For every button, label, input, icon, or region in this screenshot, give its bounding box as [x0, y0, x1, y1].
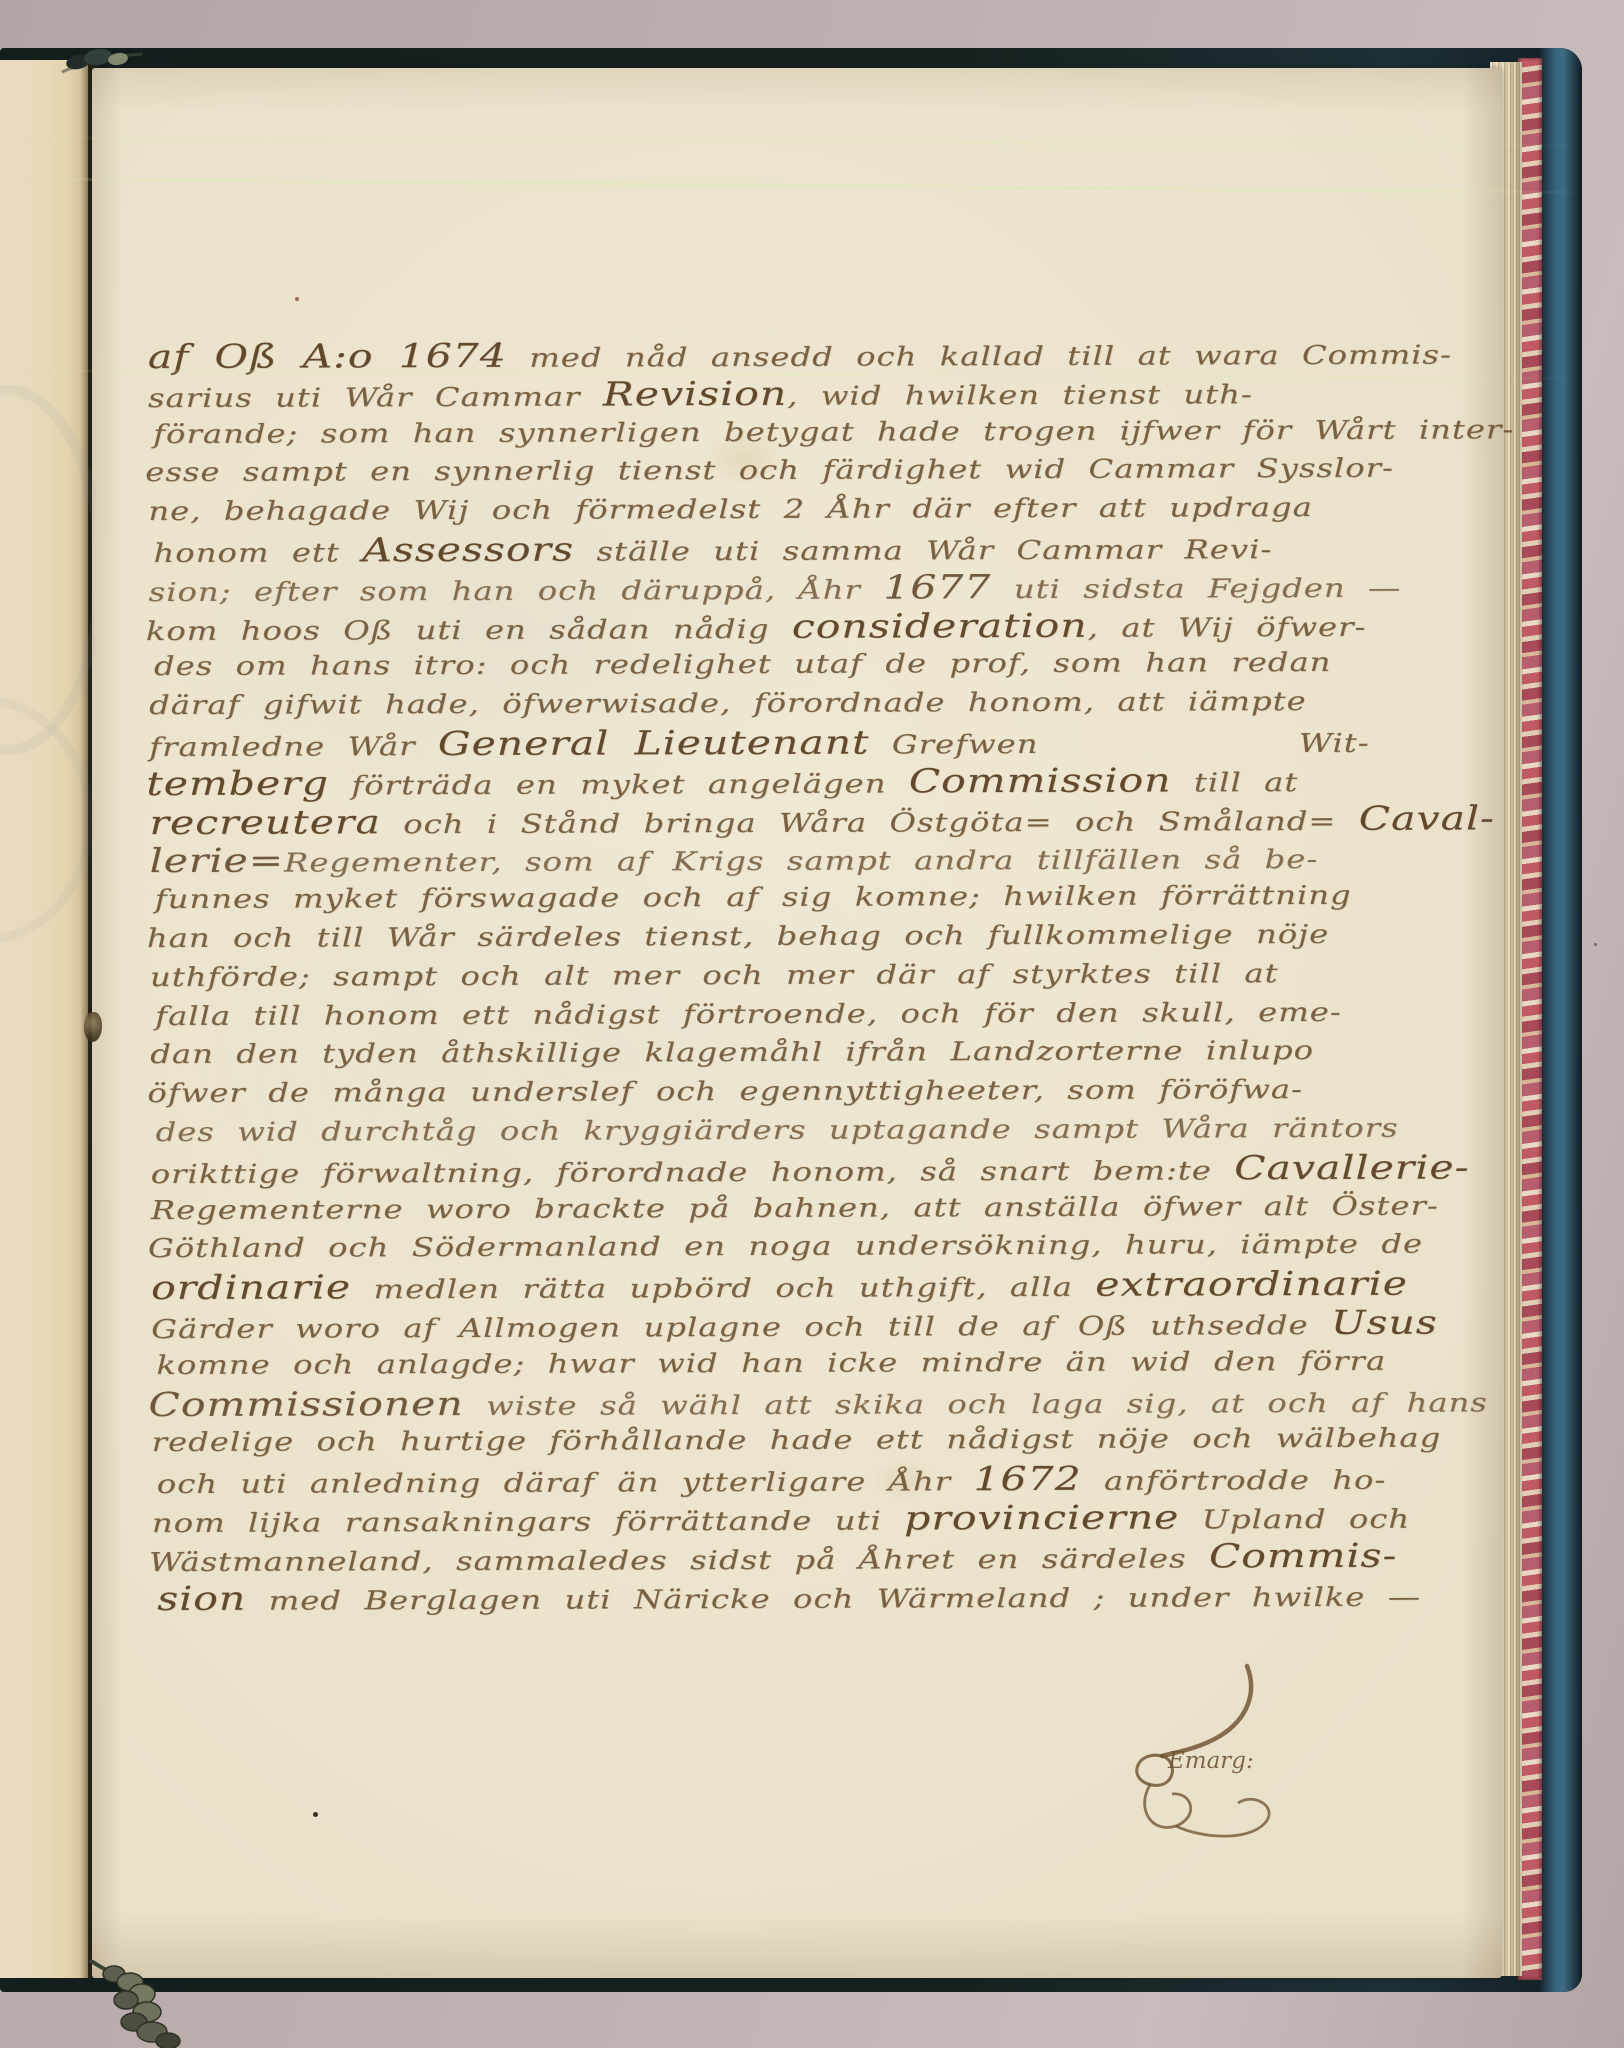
binding-cord-tassel — [52, 1960, 212, 2048]
blank-space — [1038, 751, 1298, 753]
manuscript-line: Commissionen wiste så wähl att skika och… — [148, 1381, 1590, 1425]
manuscript-line: recreutera och i Stånd bringa Wåra Östgö… — [149, 799, 1588, 843]
handwritten-text: 1672 — [973, 1459, 1081, 1498]
handwritten-text: Cavallerie- — [1234, 1147, 1469, 1187]
handwritten-text: sarius uti Wår Cammar — [148, 382, 603, 414]
handwritten-text: ne, behagade Wij och förmedelst 2 Åhr dä… — [148, 493, 1312, 527]
handwritten-text: Göthland och Södermanland en noga unders… — [148, 1230, 1423, 1264]
handwritten-text: orikttige förwaltning, förordnade honom,… — [151, 1156, 1235, 1190]
handwritten-text: Regementerne woro brackte på bahnen, att… — [151, 1191, 1439, 1225]
handwritten-text: och uti anledning däraf än ytterligare Å… — [157, 1467, 974, 1500]
manuscript-line: Göthland och Södermanland en noga unders… — [148, 1225, 1590, 1269]
scanned-manuscript-page: af Oß A:o 1674 med nåd ansedd och kallad… — [0, 0, 1624, 2048]
manuscript-line: Wästmanneland, sammaledes sidst på Åhret… — [149, 1536, 1591, 1580]
handwritten-text: extraordinarie — [1095, 1264, 1408, 1304]
manuscript-line: förande; som han synnerligen betygat had… — [153, 411, 1585, 455]
handwritten-text: nom lijka ransakningars förrättande uti — [152, 1506, 904, 1539]
signature-flourish: Emarg: — [1050, 1640, 1320, 1870]
handwritten-text: falla till honom ett nådigst förtroende,… — [155, 997, 1342, 1031]
handwritten-text: Caval- — [1359, 798, 1495, 837]
manuscript-line: honom ett Assessors ställe uti samma Wår… — [153, 527, 1585, 571]
handwritten-text: uti sidsta Fejgden — — [991, 573, 1401, 604]
handwritten-text: Commissionen — [148, 1383, 463, 1423]
handwritten-text: honom ett — [153, 538, 362, 569]
handwritten-text: , wid hwilken tienst uth- — [787, 380, 1253, 412]
handwritten-text: däraf gifwit hade, öfwerwisade, förordna… — [149, 687, 1307, 721]
manuscript-line: dan den tyden åthskillige klagemåhl ifrå… — [150, 1031, 1589, 1075]
handwritten-text: General Lieutenant — [438, 722, 870, 763]
handwritten-text: med nåd ansedd och kallad till at wara C… — [507, 340, 1452, 373]
handwritten-text: och i Stånd bringa Wåra Östgöta= och Små… — [381, 806, 1359, 839]
handwritten-text: sion; efter som han och däruppå, Åhr — [149, 575, 884, 608]
handwritten-text: anförtrodde ho- — [1082, 1466, 1387, 1497]
manuscript-line: han och till Wår särdeles tienst, behag … — [147, 915, 1589, 959]
handwritten-text: wiste så wähl att skika och laga sig, at… — [464, 1388, 1488, 1422]
manuscript-line: och uti anledning däraf än ytterligare Å… — [157, 1458, 1589, 1502]
handwritten-text: framledne Wår — [149, 732, 438, 763]
handwritten-text: temberg — [146, 763, 329, 803]
manuscript-line: des wid durchtåg och kryggiärders uptaga… — [155, 1109, 1587, 1153]
manuscript-line: ne, behagade Wij och förmedelst 2 Åhr dä… — [148, 488, 1587, 532]
manuscript-line: ordinarie medlen rätta upbörd och uthgif… — [151, 1264, 1590, 1308]
manuscript-line: redelige och hurtige förhållande hade et… — [152, 1419, 1591, 1463]
handwritten-text: des om hans itro: och redelighet utaf de… — [154, 648, 1332, 682]
handwritten-text: Grefwen — [869, 730, 1038, 761]
manuscript-line: sion; efter som han och däruppå, Åhr 167… — [149, 566, 1588, 610]
handwritten-text: öfwer de många underslef och egennyttigh… — [147, 1075, 1303, 1109]
binding-thread — [58, 38, 153, 84]
ink-speck — [313, 1812, 318, 1817]
handwritten-text: kom hoos Oß uti en sådan nådig — [146, 614, 792, 646]
manuscript-line: sion med Berglagen uti Näricke och Wärme… — [157, 1575, 1589, 1619]
handwritten-text: ställe uti samma Wår Cammar Revi- — [574, 535, 1272, 567]
handwritten-text: , at Wij öfwer- — [1088, 612, 1367, 643]
manuscript-line: komne och anlagde; hwar wid han icke min… — [156, 1342, 1588, 1386]
manuscript-line: framledne Wår General Lieutenant Grefwen… — [149, 721, 1588, 765]
handwritten-text: provincierne — [904, 1497, 1179, 1537]
marginal-signature: Emarg: — [1167, 1748, 1254, 1774]
handwritten-text: medlen rätta upbörd och uthgift, alla — [351, 1273, 1095, 1306]
manuscript-line: däraf gifwit hade, öfwerwisade, förordna… — [149, 682, 1588, 726]
handwritten-text: Commission — [909, 760, 1172, 800]
ink-speck — [295, 297, 299, 301]
handwritten-text: komne och anlagde; hwar wid han icke min… — [156, 1346, 1386, 1380]
handwritten-text: Regementer, som af Krigs sampt andra til… — [284, 845, 1318, 879]
manuscript-line: falla till honom ett nådigst förtroende,… — [155, 993, 1587, 1037]
handwritten-text: redelige och hurtige förhållande hade et… — [152, 1424, 1442, 1459]
handwritten-text: Revision — [603, 374, 787, 414]
handwritten-text: 1677 — [883, 567, 991, 606]
handwritten-text: Wit- — [1299, 729, 1370, 759]
handwritten-text: dan den tyden åthskillige klagemåhl ifrå… — [150, 1036, 1314, 1070]
manuscript-line: temberg förträda en myket angelägen Comm… — [146, 760, 1588, 804]
manuscript-line: esse sampt en synnerlig tienst och färdi… — [145, 449, 1587, 493]
manuscript-line: öfwer de många underslef och egennyttigh… — [147, 1070, 1589, 1114]
manuscript-line: Regementerne woro brackte på bahnen, att… — [151, 1187, 1590, 1231]
handwritten-text: consideration — [792, 605, 1088, 645]
handwritten-text: sion — [157, 1578, 246, 1617]
handwritten-text: till at — [1171, 768, 1298, 798]
manuscript-line: lerie=Regementer, som af Krigs sampt and… — [150, 837, 1589, 881]
manuscript-line: Gärder woro af Allmogen uplagne och till… — [151, 1303, 1590, 1347]
handwritten-text: uthförde; sampt och alt mer och mer där … — [150, 959, 1279, 993]
handwritten-text: han och till Wår särdeles tienst, behag … — [147, 920, 1329, 954]
handwritten-text: des wid durchtåg och kryggiärders uptaga… — [155, 1114, 1398, 1148]
manuscript-line: des om hans itro: och redelighet utaf de… — [154, 643, 1586, 687]
handwritten-text: recreutera — [149, 802, 381, 842]
handwritten-text: Assessors — [362, 530, 574, 570]
handwritten-text: Commis- — [1209, 1535, 1398, 1575]
manuscript-text: af Oß A:o 1674 med nåd ansedd och kallad… — [148, 334, 1312, 1618]
handwritten-text: med Berglagen uti Näricke och Wärmeland … — [246, 1582, 1421, 1616]
handwritten-text: lerie= — [150, 841, 285, 880]
handwritten-text: Wästmanneland, sammaledes sidst på Åhret… — [149, 1544, 1209, 1578]
handwritten-text: Upland och — [1179, 1505, 1410, 1536]
manuscript-line: nom lijka ransakningars förrättande uti … — [152, 1497, 1591, 1541]
manuscript-line: orikttige förwaltning, förordnade honom,… — [151, 1148, 1590, 1192]
show-through-writing — [0, 240, 95, 1000]
handwritten-text: ordinarie — [151, 1267, 351, 1307]
manuscript-line: uthförde; sampt och alt mer och mer där … — [150, 954, 1589, 998]
ink-speck — [1594, 943, 1597, 946]
handwritten-text: förande; som han synnerligen betygat had… — [153, 415, 1514, 450]
handwritten-text: funnes myket förswagade och af sig komne… — [155, 881, 1352, 915]
handwritten-text: esse sampt en synnerlig tienst och färdi… — [145, 454, 1394, 488]
manuscript-line: funnes myket förswagade och af sig komne… — [155, 876, 1587, 920]
manuscript-line: kom hoos Oß uti en sådan nådig considera… — [146, 605, 1588, 649]
handwritten-text: Gärder woro af Allmogen uplagne och till… — [151, 1311, 1331, 1345]
handwritten-text: Usus — [1331, 1302, 1438, 1341]
handwritten-text: förträda en myket angelägen — [329, 769, 909, 801]
